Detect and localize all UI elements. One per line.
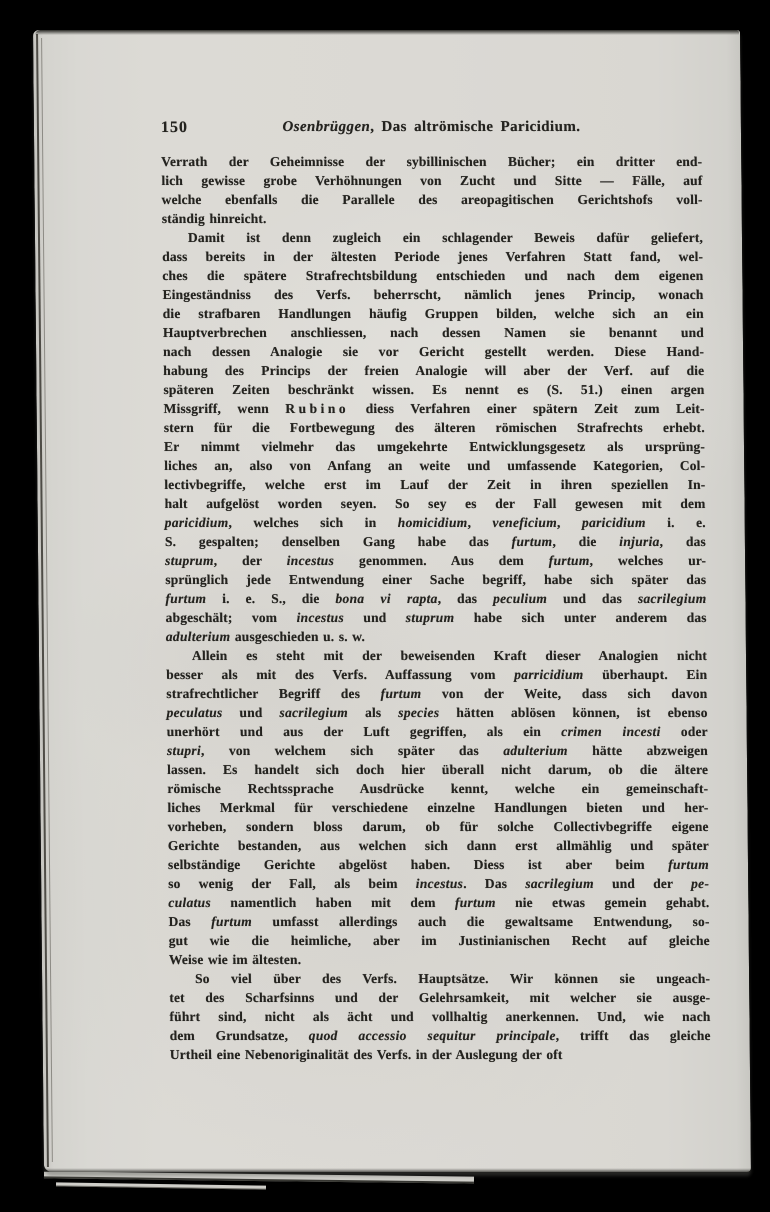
text-line: welche ebenfalls die Parallele des areop… bbox=[162, 190, 703, 209]
running-header: 150 Osenbrüggen, Das altrömische Paricid… bbox=[161, 118, 702, 138]
text-line: Eingeständniss des Verfs. beherrscht, nä… bbox=[162, 285, 703, 304]
text-line: die strafbaren Handlungen häufig Gruppen… bbox=[163, 304, 704, 323]
text-line: Hauptverbrechen anschliessen, nach desse… bbox=[163, 323, 704, 342]
text-line: dem Grundsatze, quod accessio sequitur p… bbox=[170, 1026, 711, 1045]
text-line: so wenig der Fall, als beim incestus. Da… bbox=[168, 874, 709, 893]
text-line: tet des Scharfsinns und der Gelehrsamkei… bbox=[169, 988, 710, 1007]
text-line: liches an, also von Anfang an weite und … bbox=[164, 456, 705, 475]
text-line: Das furtum umfasst allerdings auch die g… bbox=[168, 912, 709, 931]
text-line: Verrath der Geheimnisse der sybillinisch… bbox=[161, 152, 702, 171]
header-title: Osenbrüggen, Das altrömische Paricidium. bbox=[161, 118, 702, 137]
header-title-rest: , Das altrömische Paricidium. bbox=[370, 119, 580, 135]
text-line: besser als mit des Verfs. Auffassung vom… bbox=[166, 665, 707, 684]
text-line: lassen. Es handelt sich doch hier überal… bbox=[167, 760, 708, 779]
text-line: nach dessen Analogie sie vor Gericht ges… bbox=[163, 342, 704, 361]
text-line: Weise wie im ältesten. bbox=[169, 950, 710, 969]
text-line: habung des Princips der freien Analogie … bbox=[163, 361, 704, 380]
text-line: ständig hinreicht. bbox=[162, 209, 703, 228]
text-line: unerhört und aus der Luft gegriffen, als… bbox=[167, 722, 708, 741]
text-line: strafrechtlicher Begriff des furtum von … bbox=[166, 684, 707, 703]
text-line: ches die spätere Strafrechtsbildung ents… bbox=[162, 266, 703, 285]
text-line: liches Merkmal für verschiedene einzelne… bbox=[167, 798, 708, 817]
paragraph: Allein es steht mit der beweisenden Kraf… bbox=[166, 646, 710, 969]
text-line: adulterium ausgeschieden u. s. w. bbox=[166, 627, 707, 646]
text-line: sprünglich jede Entwendung einer Sache b… bbox=[165, 570, 706, 589]
text-line: führt sind, nicht als ächt und vollhalti… bbox=[169, 1007, 710, 1026]
text-line: römische Rechtssprache Ausdrücke kennt, … bbox=[167, 779, 708, 798]
text-line: lectivbegriffe, welche erst im Lauf der … bbox=[164, 475, 705, 494]
header-author: Osenbrüggen bbox=[282, 119, 370, 135]
text-line: peculatus und sacrilegium als species hä… bbox=[166, 703, 707, 722]
text-line: abgeschält; vom incestus und stuprum hab… bbox=[166, 608, 707, 627]
text-line: stupri, von welchem sich später das adul… bbox=[167, 741, 708, 760]
body-text: Verrath der Geheimnisse der sybillinisch… bbox=[161, 152, 711, 1064]
text-line: gut wie die heimliche, aber im Justinian… bbox=[169, 931, 710, 950]
text-line: furtum i. e. S., die bona vi rapta, das … bbox=[165, 589, 706, 608]
text-line: S. gespalten; denselben Gang habe das fu… bbox=[165, 532, 706, 551]
text-block: 150 Osenbrüggen, Das altrömische Paricid… bbox=[161, 118, 711, 1064]
text-line: Gerichte bestanden, aus welchen sich dan… bbox=[168, 836, 709, 855]
paragraph: So viel über des Verfs. Hauptsätze. Wir … bbox=[169, 969, 711, 1064]
text-line: vorheben, sondern bloss darum, ob für so… bbox=[168, 817, 709, 836]
paragraph: Damit ist denn zugleich ein schlagender … bbox=[162, 228, 707, 646]
text-line: dass bereits in der ältesten Periode jen… bbox=[162, 247, 703, 266]
text-line: Allein es steht mit der beweisenden Kraf… bbox=[166, 646, 707, 665]
text-line: So viel über des Verfs. Hauptsätze. Wir … bbox=[169, 969, 710, 988]
text-line: späteren Zeiten beschränkt wissen. Es ne… bbox=[163, 380, 704, 399]
text-line: Missgriff, wenn Rubino diess Verfahren e… bbox=[164, 399, 705, 418]
text-line: lich gewisse grobe Verhöhnungen von Zuch… bbox=[161, 171, 702, 190]
under-sheet-edge bbox=[44, 1171, 474, 1183]
text-line: culatus namentlich haben mit dem furtum … bbox=[168, 893, 709, 912]
text-line: Er nimmt vielmehr das umgekehrte Entwick… bbox=[164, 437, 705, 456]
under-sheet-edge bbox=[56, 1182, 266, 1189]
text-line: selbständige Gerichte abgelöst haben. Di… bbox=[168, 855, 709, 874]
text-line: stern für die Fortbewegung des älteren r… bbox=[164, 418, 705, 437]
book-page: 150 Osenbrüggen, Das altrömische Paricid… bbox=[33, 30, 751, 1172]
text-line: Damit ist denn zugleich ein schlagender … bbox=[162, 228, 703, 247]
text-line: halt aufgelöst worden seyen. So sey es d… bbox=[164, 494, 705, 513]
text-line: Urtheil eine Nebenoriginalität des Verfs… bbox=[170, 1045, 711, 1064]
paragraph: Verrath der Geheimnisse der sybillinisch… bbox=[161, 152, 703, 228]
text-line: paricidium, welches sich in homicidium, … bbox=[165, 513, 706, 532]
text-line: stuprum, der incestus genommen. Aus dem … bbox=[165, 551, 706, 570]
